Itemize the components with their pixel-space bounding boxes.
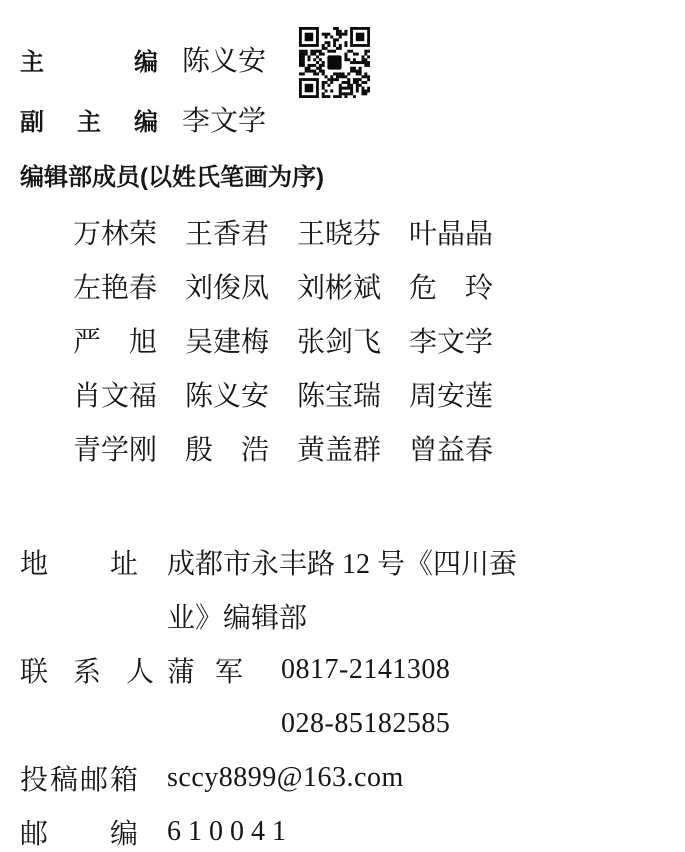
- postal-code-label: 邮编: [20, 812, 138, 852]
- member-name: 曾益春: [409, 428, 493, 468]
- deputy-chief-editor-label: 副主编: [20, 102, 158, 137]
- member-name: 李文学: [409, 320, 493, 360]
- deputy-chief-editor-row: 副主编 李文学: [20, 92, 665, 146]
- chief-editor-name: 陈义安: [182, 39, 266, 79]
- member-name: 青学刚: [73, 428, 157, 468]
- deputy-chief-editor-name: 李文学: [182, 99, 266, 139]
- member-name: 王香君: [185, 212, 269, 252]
- address-label: 地址: [20, 542, 138, 582]
- member-name: 叶晶晶: [409, 212, 493, 252]
- members-row: 左艳春 刘俊凤 刘彬斌 危玲: [73, 259, 665, 313]
- submission-email-value: sccy8899@163.com: [167, 762, 404, 794]
- contact-person-row: 联系人 蒲军 0817-2141308: [20, 643, 665, 697]
- chief-editor-label-column: 主编: [20, 42, 182, 77]
- members-heading: 编辑部成员(以姓氏笔画为序): [20, 147, 665, 201]
- contact-section: 地址 成都市永丰路 12 号《四川蚕 业》编辑部 联系人 蒲军 0817-214…: [20, 535, 665, 852]
- address-row: 地址 成都市永丰路 12 号《四川蚕 业》编辑部: [20, 535, 665, 643]
- postal-code-value: 610041: [167, 816, 293, 848]
- member-name: 刘俊凤: [185, 266, 269, 306]
- submission-email-row: 投稿邮箱 sccy8899@163.com: [20, 751, 665, 805]
- chief-editor-label: 主编: [20, 42, 158, 77]
- submission-email-label-column: 投稿邮箱: [20, 758, 167, 798]
- members-row: 万林荣 王香君 王晓芬 叶晶晶: [73, 205, 665, 259]
- qr-code: [299, 27, 370, 98]
- contact-person-label: 联系人: [20, 650, 154, 690]
- contact-phone-2: 028-85182585: [281, 708, 450, 740]
- member-name: 黄盖群: [297, 428, 381, 468]
- member-name: 王晓芬: [297, 212, 381, 252]
- postal-code-row: 邮编 610041: [20, 805, 665, 852]
- contact-phone-2-row: 028-85182585: [20, 697, 665, 751]
- member-name: 陈宝瑞: [297, 374, 381, 414]
- member-name: 张剑飞: [297, 320, 381, 360]
- contact-phone-1: 0817-2141308: [281, 654, 450, 686]
- members-row: 严旭 吴建梅 张剑飞 李文学: [73, 313, 665, 367]
- member-name: 周安莲: [409, 374, 493, 414]
- member-name: 严旭: [73, 320, 157, 360]
- deputy-chief-editor-label-column: 副主编: [20, 102, 182, 137]
- contact-person-label-column: 联系人: [20, 650, 167, 690]
- masthead-page: 主编 陈义安 副主编 李文学 编辑部成员(以姓氏笔画为序) 万林荣 王香君 王晓…: [0, 0, 685, 852]
- member-name: 刘彬斌: [297, 266, 381, 306]
- member-name: 左艳春: [73, 266, 157, 306]
- postal-code-label-column: 邮编: [20, 812, 167, 852]
- members-grid: 万林荣 王香君 王晓芬 叶晶晶 左艳春 刘俊凤 刘彬斌 危玲 严旭 吴建梅 张剑…: [20, 205, 665, 475]
- address-label-column: 地址: [20, 535, 167, 589]
- members-row: 青学刚 殷浩 黄盖群 曾益春: [73, 421, 665, 475]
- address-line-2: 业》编辑部: [167, 589, 517, 643]
- address-value: 成都市永丰路 12 号《四川蚕 业》编辑部: [167, 535, 517, 643]
- address-line-1: 成都市永丰路 12 号《四川蚕: [167, 535, 517, 589]
- member-name: 万林荣: [73, 212, 157, 252]
- member-name: 吴建梅: [185, 320, 269, 360]
- members-row: 肖文福 陈义安 陈宝瑞 周安莲: [73, 367, 665, 421]
- contact-person-name: 蒲军: [167, 650, 243, 690]
- member-name: 陈义安: [185, 374, 269, 414]
- member-name: 危玲: [409, 266, 493, 306]
- submission-email-label: 投稿邮箱: [20, 758, 138, 798]
- qr-code-image: [299, 27, 370, 98]
- member-name: 殷浩: [185, 428, 269, 468]
- member-name: 肖文福: [73, 374, 157, 414]
